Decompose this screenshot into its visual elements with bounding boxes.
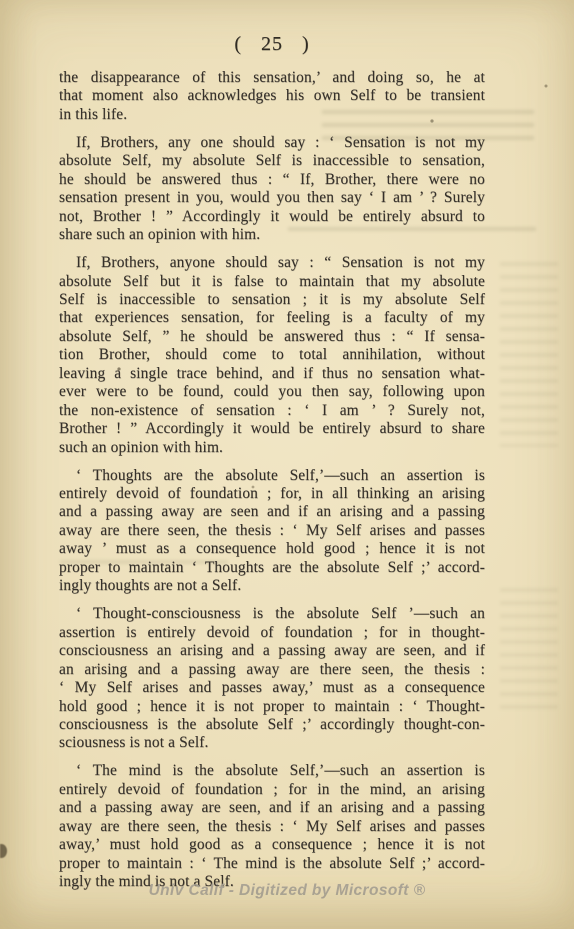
text-line: an arising and a passing away are there … <box>59 661 485 679</box>
paragraph: ‘ Thoughts are the absolute Self,’—such … <box>59 467 485 596</box>
text-line: absolute Self but it is false to maintai… <box>59 273 485 291</box>
text-line: away are there seen, the thesis : ‘ My S… <box>59 818 485 836</box>
text-line: absolute Self, my absolute Self is inacc… <box>59 152 485 170</box>
paragraph: ‘ Thought-consciousness is the absolute … <box>59 605 485 753</box>
text-line: ‘ My Self arises and passes away,’ must … <box>59 679 485 697</box>
text-line: that experiences sensation, for feeling … <box>59 309 485 327</box>
text-line: entirely devoid of foundation ; for, in … <box>59 485 485 503</box>
text-line: not, Brother ! ” Accordingly it would be… <box>59 208 485 226</box>
text-line: such an opinion with him. <box>59 439 485 457</box>
book-page: ( 25 ) the disappearance of this sensati… <box>0 0 574 929</box>
bleedthrough-text-mark <box>500 262 558 447</box>
text-line: ‘ The mind is the absolute Self,’—such a… <box>59 762 485 780</box>
text-line: absolute Self, ” he should be answered t… <box>59 328 485 346</box>
text-line: ever were to be found, could you then sa… <box>59 383 485 401</box>
text-line: away are there seen, the thesis : ‘ My S… <box>59 522 485 540</box>
text-line: away,’ must hold good as a consequence ;… <box>59 836 485 854</box>
page-text: the disappearance of this sensation,’ an… <box>59 69 485 892</box>
text-line: and a passing away are seen and if an ar… <box>59 503 485 521</box>
text-line: assertion is entirely devoid of foundati… <box>59 624 485 642</box>
text-line: Self is inaccessible to sensation ; it i… <box>59 291 485 309</box>
text-line: he should be answered thus : “ If, Broth… <box>59 171 485 189</box>
text-line: share such an opinion with him. <box>59 226 485 244</box>
text-line: hold good ; hence it is not proper to ma… <box>59 698 485 716</box>
text-line: ‘ Thoughts are the absolute Self,’—such … <box>59 467 485 485</box>
bleedthrough-text-mark <box>500 588 558 716</box>
text-line: that moment also acknowledges his own Se… <box>59 87 485 105</box>
text-line: If, Brothers, any one should say : ‘ Sen… <box>59 134 485 152</box>
text-line: away ’ must as a consequence hold good ;… <box>59 540 485 558</box>
text-line: Brother ! ” Accordingly it would be enti… <box>59 420 485 438</box>
text-line: in this life. <box>59 106 485 124</box>
text-line: tion Brother, should come to total annih… <box>59 346 485 364</box>
text-line: proper to maintain ‘ Thoughts are the ab… <box>59 559 485 577</box>
text-line: ingly thoughts are not a Self. <box>59 577 485 595</box>
text-line: leaving a single trace behind, and if th… <box>59 365 485 383</box>
text-line: consciousness an arising and a passing a… <box>59 642 485 660</box>
text-line: consciousness is the absolute Self ;’ ac… <box>59 716 485 734</box>
text-line: the disappearance of this sensation,’ an… <box>59 69 485 87</box>
watermark: Univ Calif - Digitized by Microsoft ® <box>0 882 574 900</box>
text-line: the non-existence of sensation : ‘ I am … <box>59 402 485 420</box>
paragraph: If, Brothers, any one should say : ‘ Sen… <box>59 134 485 245</box>
text-line: proper to maintain : ‘ The mind is the a… <box>59 855 485 873</box>
text-line: If, Brothers, anyone should say : “ Sens… <box>59 254 485 272</box>
paragraph: ‘ The mind is the absolute Self,’—such a… <box>59 762 485 891</box>
text-line: ‘ Thought-consciousness is the absolute … <box>59 605 485 623</box>
text-line: sensation present in you, would you then… <box>59 189 485 207</box>
text-line: entirely devoid of foundation ; for in t… <box>59 781 485 799</box>
text-line: sciousness is not a Self. <box>59 734 485 752</box>
paragraph: the disappearance of this sensation,’ an… <box>59 69 485 124</box>
ink-mark <box>0 844 7 858</box>
page-number-header: ( 25 ) <box>59 33 485 56</box>
text-line: and a passing away are seen, and if an a… <box>59 799 485 817</box>
paragraph: If, Brothers, anyone should say : “ Sens… <box>59 254 485 457</box>
scan-specks <box>0 0 2 2</box>
